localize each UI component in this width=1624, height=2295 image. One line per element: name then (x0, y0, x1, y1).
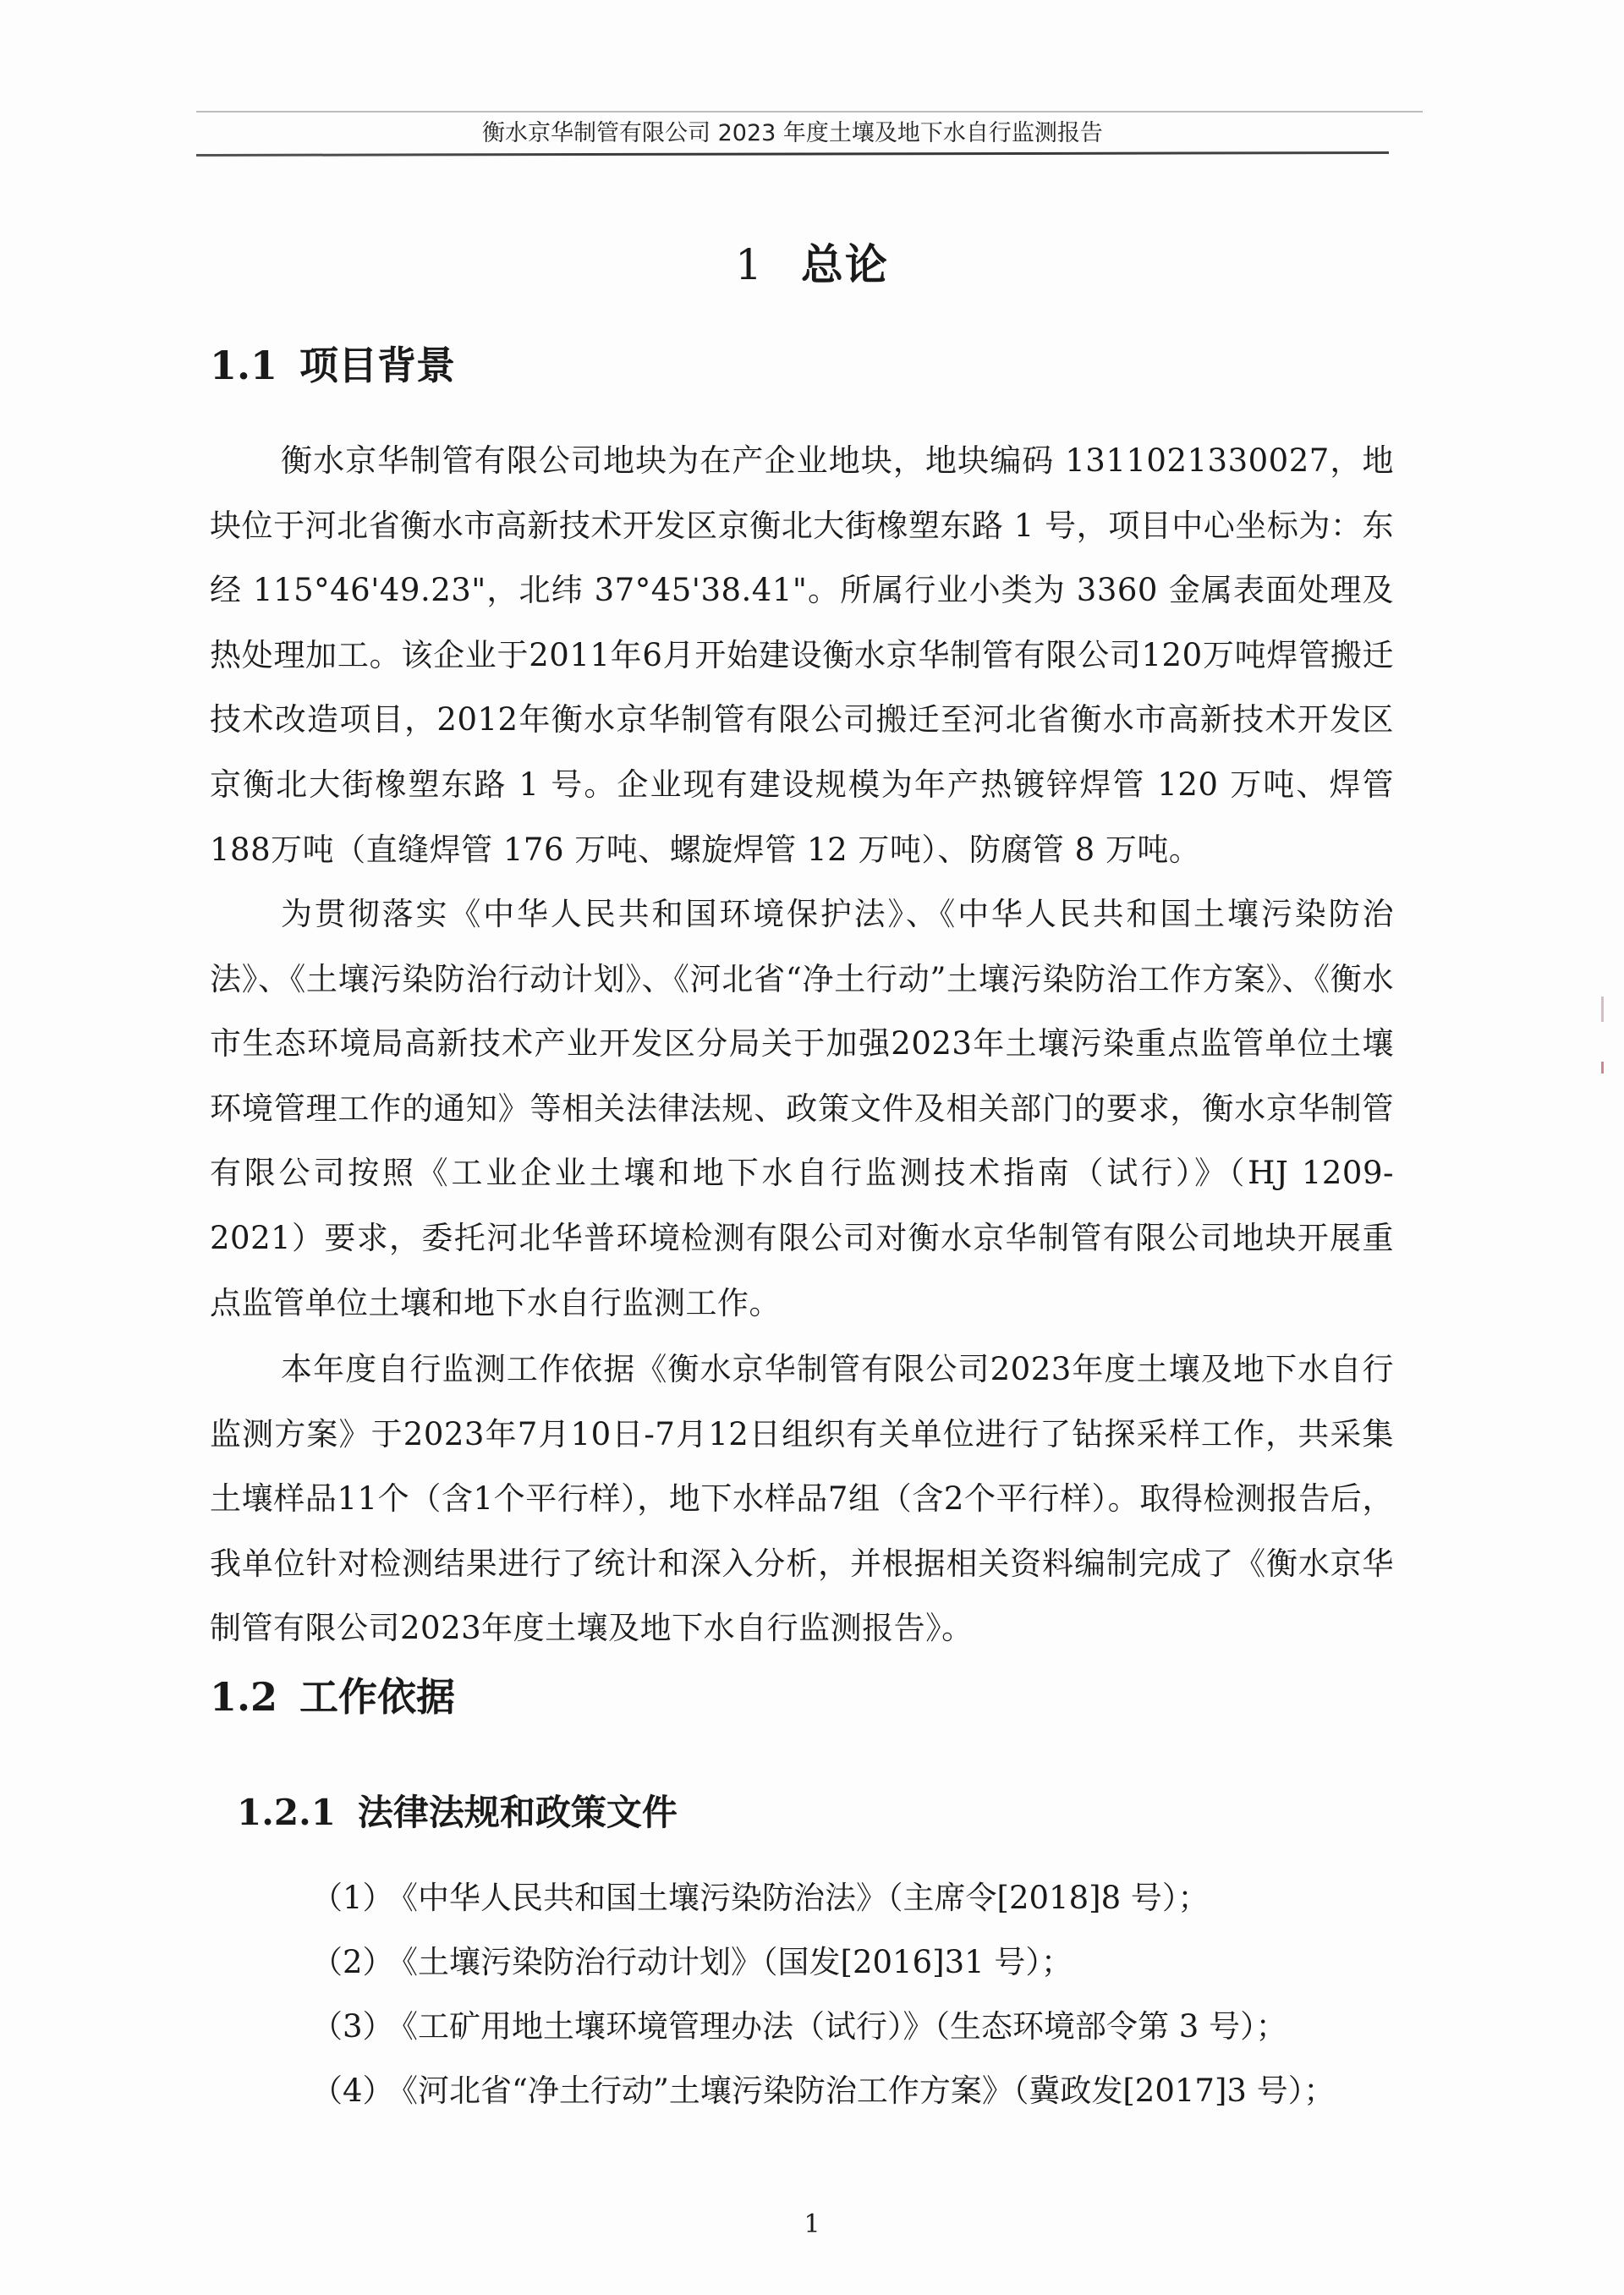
list-item: （2）《土壤污染防治行动计划》（国发[2016]31 号）； (311, 1930, 1411, 1995)
list-index: （2） (311, 1944, 394, 1980)
chapter-title-text: 总论 (801, 239, 889, 289)
section-heading-1-1: 1.1项目背景 (210, 338, 455, 393)
section-title: 项目背景 (299, 343, 455, 388)
page-number: 1 (0, 2208, 1624, 2242)
section-heading-1-2: 1.2工作依据 (210, 1670, 455, 1724)
list-index: （1） (311, 1880, 394, 1916)
list-index: （3） (311, 2008, 394, 2045)
list-item: （1）《中华人民共和国土壤污染防治法》（主席令[2018]8 号）； (311, 1866, 1411, 1930)
paragraph-project-background: 衡水京华制管有限公司地块为在产企业地块，地块编码 1311021330027，地… (210, 429, 1394, 882)
chapter-number: 1 (735, 240, 764, 289)
paragraph-regulatory-basis: 为贯彻落实《中华人民共和国环境保护法》、《中华人民共和国土壤污染防治法》、《土壤… (210, 882, 1394, 1336)
laws-list: （1）《中华人民共和国土壤污染防治法》（主席令[2018]8 号）； （2）《土… (311, 1866, 1411, 2123)
running-header: 衡水京华制管有限公司 2023 年度土壤及地下水自行监测报告 (196, 117, 1389, 151)
list-item: （3）《工矿用地土壤环境管理办法（试行）》（生态环境部令第 3 号）； (311, 1995, 1411, 2059)
paragraph-monitoring-work: 本年度自行监测工作依据《衡水京华制管有限公司2023年度土壤及地下水自行监测方案… (210, 1337, 1394, 1661)
chapter-title: 1总论 (0, 235, 1624, 294)
list-text: 《工矿用地土壤环境管理办法（试行）》（生态环境部令第 3 号）； (403, 2008, 1287, 2045)
section-number: 1.2 (210, 1674, 277, 1720)
list-text: 《中华人民共和国土壤污染防治法》（主席令[2018]8 号）； (403, 1880, 1210, 1916)
document-page: 衡水京华制管有限公司 2023 年度土壤及地下水自行监测报告 1总论 1.1项目… (0, 0, 1624, 2295)
scan-top-rule (196, 111, 1423, 113)
section-title: 工作依据 (299, 1674, 455, 1720)
list-index: （4） (311, 2073, 394, 2109)
subsection-number: 1.2.1 (237, 1792, 336, 1833)
header-rule (196, 151, 1389, 156)
section-number: 1.1 (210, 343, 277, 388)
subsection-title: 法律法规和政策文件 (358, 1792, 678, 1833)
subsection-heading-1-2-1: 1.2.1法律法规和政策文件 (237, 1787, 678, 1838)
scan-artifact (1601, 997, 1604, 1022)
list-text: 《土壤污染防治行动计划》（国发[2016]31 号）； (403, 1944, 1073, 1980)
list-text: 《河北省“净土行动”土壤污染防治工作方案》（冀政发[2017]3 号）； (403, 2073, 1336, 2109)
scan-artifact (1601, 1062, 1604, 1073)
list-item: （4）《河北省“净土行动”土壤污染防治工作方案》（冀政发[2017]3 号）； (311, 2059, 1411, 2123)
